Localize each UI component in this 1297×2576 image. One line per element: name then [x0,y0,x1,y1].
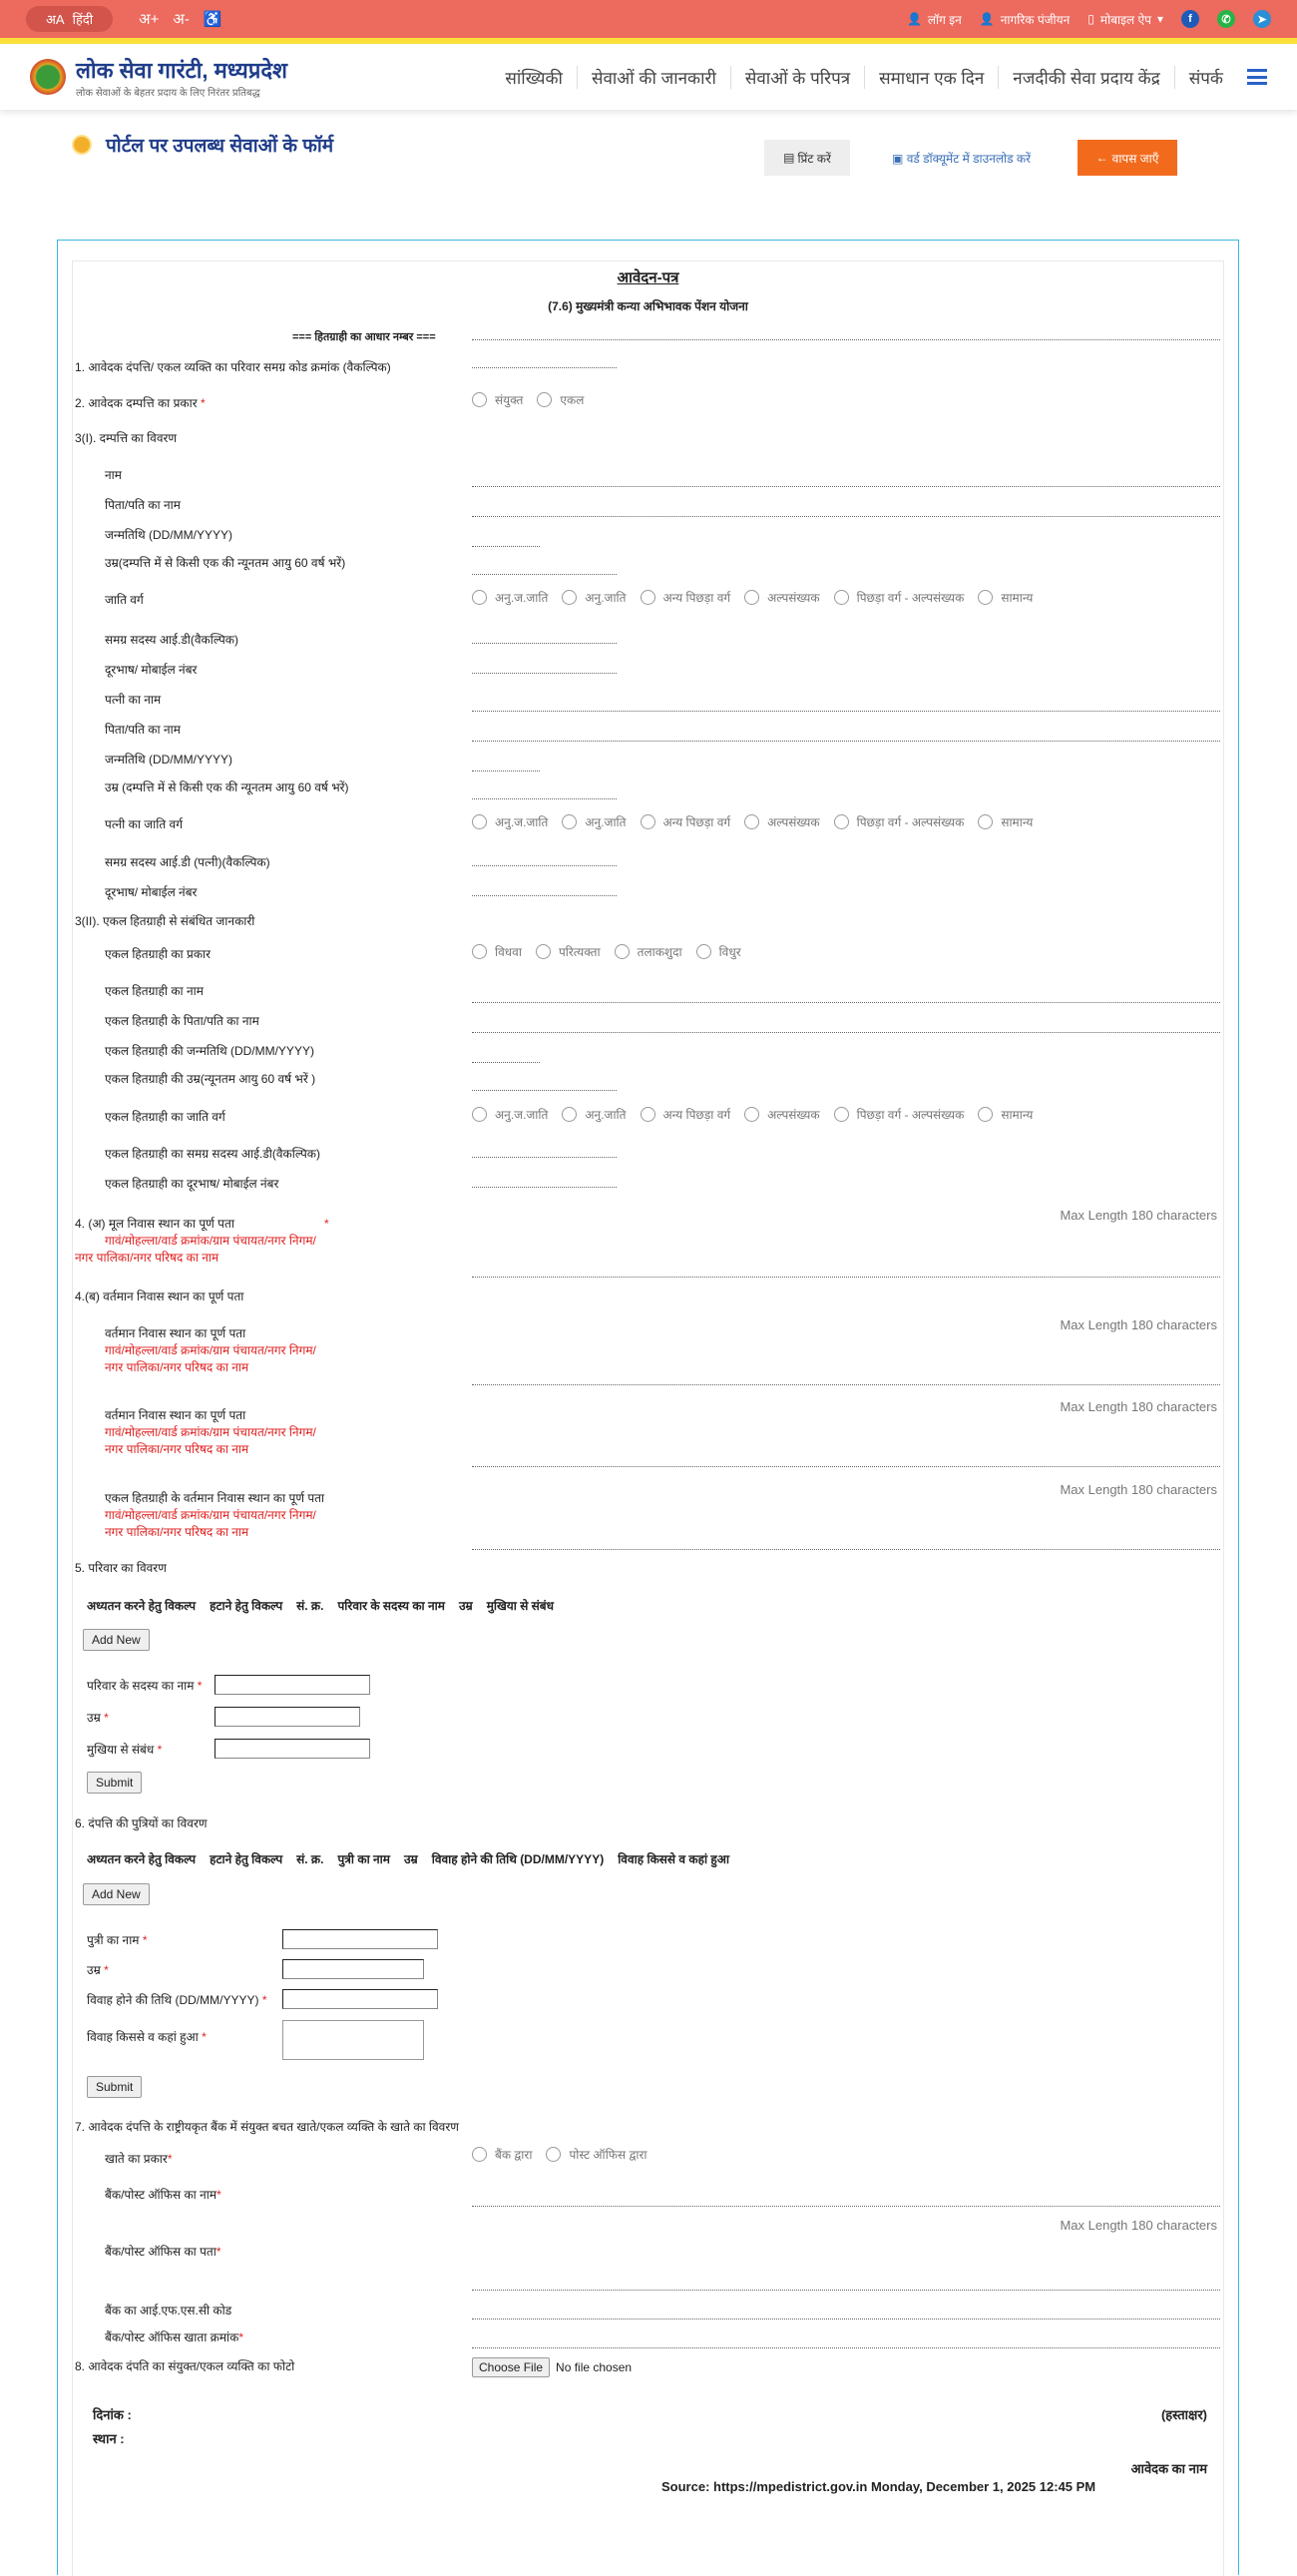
label-text: बैंक/पोस्ट ऑफिस का नाम [105,2188,216,2202]
option-label: तलाकशुदा [638,943,682,960]
daughter-name-input[interactable] [282,1929,438,1949]
wife-father-input[interactable] [472,741,1220,742]
husband-age-label: उम्र(दम्पत्ति में से किसी एक की न्यूनतम … [105,554,345,571]
q2-label: 2. आवेदक दम्पत्ति का प्रकार * [75,394,206,411]
option-label: अल्पसंख्यक [767,1106,819,1123]
q2-text: 2. आवेदक दम्पत्ति का प्रकार [75,396,198,410]
single-type-radio[interactable] [536,944,551,959]
wife-dob-input[interactable] [472,771,540,772]
wife-caste-radio-group[interactable]: अनु.ज.जातिअनु.जातिअन्य पिछड़ा वर्गअल्पसं… [472,813,1033,830]
aadhaar-label: === हितग्राही का आधार नम्बर === [292,329,436,344]
caste-radio[interactable] [834,814,849,829]
login-link[interactable]: 👤लॉग इन [907,11,962,28]
option-label: संयुक्त [495,391,523,408]
daughter-submit-button[interactable]: Submit [87,2076,142,2098]
option-label: अनु.जाति [585,813,626,830]
bank-name-input[interactable] [472,2206,1220,2207]
brand-title: लोक सेवा गारंटी, मध्यप्रदेश [76,55,287,85]
daughter-age-input[interactable] [282,1959,424,1979]
option-label: पिछड़ा वर्ग - अल्पसंख्यक [857,589,965,606]
wife-phone-label: दूरभाष/ मोबाईल नंबर [105,883,197,900]
column-header: उम्र [404,1850,418,1867]
login-label: लॉग इन [928,11,962,28]
form-subtitle: (7.6) मुख्यमंत्री कन्या अभिभावक पेंशन यो… [73,297,1223,314]
q1-label: 1. आवेदक दंपत्ति/ एकल व्यक्ति का परिवार … [75,358,391,375]
column-header: सं. क्र. [296,1850,323,1867]
max-length-hint: Max Length 180 characters [1060,1399,1217,1414]
address-hint: गावं/मोहल्ला/वार्ड क्रमांक/ग्राम पंचायत/… [105,1232,316,1249]
form-container: आवेदन-पत्र (7.6) मुख्यमंत्री कन्या अभिभा… [57,240,1239,2555]
column-header: हटाने हेतु विकल्प [210,1850,282,1867]
language-label: हिंदी [73,10,94,28]
required-mark: * [104,1963,109,1977]
option-label: सामान्य [1001,589,1033,606]
user-plus-icon: 👤 [907,12,922,26]
language-toggle[interactable]: अA हिंदी [26,6,113,32]
husband-phone-input[interactable] [472,673,617,674]
option-label: अनु.जाति [585,589,626,606]
daughter-add-new-button[interactable]: Add New [83,1883,150,1905]
page-title: पोर्टल पर उपलब्ध सेवाओं के फॉर्म [106,132,333,158]
nav-contact[interactable]: संपर्क [1175,66,1237,89]
husband-father-input[interactable] [472,516,1220,517]
husband-samagra-input[interactable] [472,643,617,644]
single-name-input[interactable] [472,1002,1220,1003]
brand[interactable]: लोक सेवा गारंटी, मध्यप्रदेश लोक सेवाओं क… [76,55,287,99]
husband-dob-label: जन्मतिथि (DD/MM/YYYY) [105,526,232,543]
label-text: विवाह किससे व कहां हुआ [87,2030,199,2044]
form-sheet: आवेदन-पत्र (7.6) मुख्यमंत्री कन्या अभिभा… [72,260,1224,2555]
required-mark: * [201,396,206,410]
user-circle-icon [72,135,92,155]
required-mark: * [198,1679,203,1693]
caste-radio[interactable] [562,1107,577,1122]
mobile-icon: ▯ [1087,12,1094,26]
q7-label: 7. आवेदक दंपत्ति के राष्ट्रीयकृत बैंक मे… [75,2118,459,2135]
wife-caste-label: पत्नी का जाति वर्ग [105,815,183,832]
main-nav: सांख्यिकी सेवाओं की जानकारी सेवाओं के पर… [491,66,1267,89]
mobile-app-label: मोबाइल ऐप [1100,11,1151,28]
husband-name-label: नाम [105,466,122,483]
print-label: प्रिंट करें [797,150,830,167]
nav-statistics[interactable]: सांख्यिकी [491,66,578,89]
nav-nearest-center[interactable]: नजदीकी सेवा प्रदाय केंद्र [999,66,1175,89]
address-hint: नगर पालिका/नगर परिषद का नाम [105,1523,248,1540]
bank-address-label: बैंक/पोस्ट ऑफिस का पता* [105,2243,221,2260]
column-header: सं. क्र. [296,1597,323,1614]
print-button[interactable]: ▤प्रिंट करें [764,140,850,176]
husband-name-input[interactable] [472,486,1220,487]
column-header: मुखिया से संबंध [487,1597,554,1614]
label-text: उम्र [87,1963,101,1977]
caste-radio[interactable] [562,590,577,605]
address-hint: नगर पालिका/नगर परिषद का नाम [105,1440,248,1457]
caste-radio[interactable] [834,590,849,605]
telegram-icon[interactable]: ➤ [1253,10,1271,28]
single-samagra-input[interactable] [472,1157,617,1158]
single-phone-input[interactable] [472,1187,617,1188]
account-type-radio-group[interactable]: बैंक द्वारा पोस्ट ऑफिस द्वारा [472,2146,648,2163]
caste-radio[interactable] [472,814,487,829]
mobile-app-dropdown[interactable]: ▯मोबाइल ऐप▾ [1087,11,1163,28]
marriage-date-label: विवाह होने की तिथि (DD/MM/YYYY) * [87,1991,266,2008]
photo-file-input[interactable]: Choose File No file chosen [472,2357,632,2377]
applicant-name-label: आवेदक का नाम [1131,2459,1207,2477]
column-header: अध्यतन करने हेतु विकल्प [87,1597,196,1614]
caste-radio[interactable] [472,1107,487,1122]
caste-radio[interactable] [641,814,655,829]
radio-post-office[interactable] [546,2147,561,2162]
option-label: अन्य पिछड़ा वर्ग [663,589,731,606]
label-text: मुखिया से संबंध [87,1743,154,1757]
current-address-label: वर्तमान निवास स्थान का पूर्ण पता [105,1324,245,1341]
daughter-age-label: उम्र * [87,1961,109,1978]
family-age-input[interactable] [215,1707,360,1727]
required-mark: * [143,1933,148,1947]
font-increase-button[interactable]: अ+ [139,9,159,29]
single-type-radio[interactable] [615,944,630,959]
option-label: अल्पसंख्यक [767,589,819,606]
marriage-where-label: विवाह किससे व कहां हुआ * [87,2028,207,2045]
wife-samagra-label: समग्र सदस्य आई.डी (पत्नी)(वैकल्पिक) [105,853,270,870]
marriage-date-input[interactable] [282,1989,438,2009]
current-address-textarea-2[interactable] [472,1466,1220,1467]
single-caste-radio-group[interactable]: अनु.ज.जातिअनु.जातिअन्य पिछड़ा वर्गअल्पसं… [472,1106,1033,1123]
label-text: विवाह होने की तिथि (DD/MM/YYYY) [87,1993,258,2007]
single-caste-label: एकल हितग्राही का जाति वर्ग [105,1108,225,1125]
user-icon: 👤 [980,12,995,26]
required-mark: * [168,2152,173,2166]
single-phone-label: एकल हितग्राही का दूरभाष/ मोबाईल नंबर [105,1175,278,1192]
family-member-name-input[interactable] [215,1675,370,1695]
label-text: उम्र [87,1711,101,1725]
wife-dob-label: जन्मतिथि (DD/MM/YYYY) [105,751,232,768]
max-length-hint: Max Length 180 characters [1060,1317,1217,1332]
marriage-where-textarea[interactable] [282,2020,424,2060]
column-header: अध्यतन करने हेतु विकल्प [87,1850,196,1867]
signature-label: (हस्ताक्षर) [1161,2405,1207,2423]
site-header: लोक सेवा गारंटी, मध्यप्रदेश लोक सेवाओं क… [0,44,1297,110]
date-label: दिनांक : [93,2405,132,2423]
q8-label: 8. आवेदक दंपति का संयुक्त/एकल व्यक्ति का… [75,2357,294,2374]
whatsapp-icon[interactable]: ✆ [1217,10,1235,28]
option-label: अनु.जाति [585,1106,626,1123]
option-label: विधुर [719,943,741,960]
q4a-text: 4. (अ) मूल निवास स्थान का पूर्ण पता [75,1217,234,1231]
family-age-label: उम्र * [87,1709,109,1726]
caste-radio[interactable] [641,590,655,605]
radio-single[interactable] [537,392,552,407]
option-label: अनु.ज.जाति [495,589,548,606]
max-length-hint: Max Length 180 characters [1060,2218,1217,2233]
single-current-address-textarea[interactable] [472,1549,1220,1550]
menu-icon[interactable] [1247,69,1267,85]
bank-address-textarea[interactable] [472,2290,1220,2291]
address-hint: गावं/मोहल्ला/वार्ड क्रमांक/ग्राम पंचायत/… [105,1341,316,1358]
file-status: No file chosen [556,2360,632,2374]
source-footer: Source: https://mpedistrict.gov.in Monda… [661,2479,1095,2494]
q4b-label: 4.(ब) वर्तमान निवास स्थान का पूर्ण पता [75,1288,243,1304]
q3ii-label: 3(II). एकल हितग्राही से संबंधित जानकारी [75,912,254,929]
daughter-table-header: अध्यतन करने हेतु विकल्पहटाने हेतु विकल्प… [87,1850,729,1867]
pdf-icon: ▤ [783,151,794,165]
wife-samagra-input[interactable] [472,865,617,866]
q5-label: 5. परिवार का विवरण [75,1559,167,1576]
caste-radio[interactable] [978,590,993,605]
current-address-label-2: वर्तमान निवास स्थान का पूर्ण पता [105,1406,245,1423]
option-label: पिछड़ा वर्ग - अल्पसंख्यक [857,813,965,830]
accessibility-icon[interactable]: ♿ [204,10,222,28]
caste-radio[interactable] [472,590,487,605]
citizen-registration-label: नागरिक पंजीयन [1001,11,1071,28]
account-no-label: बैंक/पोस्ट ऑफिस खाता क्रमांक* [105,2328,243,2345]
citizen-registration-link[interactable]: 👤नागरिक पंजीयन [980,11,1071,28]
required-mark: * [238,2330,243,2344]
husband-father-label: पिता/पति का नाम [105,496,181,513]
top-utility-bar: अA हिंदी अ+ अ- ♿ 👤लॉग इन 👤नागरिक पंजीयन … [0,0,1297,38]
native-address-textarea[interactable] [472,1277,1220,1278]
required-mark: * [216,2188,221,2202]
single-age-input[interactable] [472,1090,617,1091]
column-header: पुत्री का नाम [337,1850,389,1867]
column-header: परिवार के सदस्य का नाम [337,1597,444,1614]
address-hint: नगर पालिका/नगर परिषद का नाम [75,1249,218,1266]
caste-radio[interactable] [744,590,759,605]
option-label: अन्य पिछड़ा वर्ग [663,1106,731,1123]
radio-bank[interactable] [472,2147,487,2162]
word-icon: ▣ [892,152,903,166]
option-label: अनु.ज.जाति [495,1106,548,1123]
option-label: सामान्य [1001,813,1033,830]
account-type-label: खाते का प्रकार* [105,2150,173,2167]
single-father-label: एकल हितग्राही के पिता/पति का नाम [105,1012,259,1029]
caste-radio[interactable] [978,1107,993,1122]
samagra-family-id-input[interactable] [472,367,617,368]
arrow-left-icon: ← [1096,151,1108,165]
family-member-name-label: परिवार के सदस्य का नाम * [87,1677,202,1694]
single-name-label: एकल हितग्राही का नाम [105,982,204,999]
column-header: हटाने हेतु विकल्प [210,1597,282,1614]
current-address-textarea[interactable] [472,1384,1220,1385]
husband-caste-radio-group[interactable]: अनु.ज.जातिअनु.जातिअन्य पिछड़ा वर्गअल्पसं… [472,589,1033,606]
form-title: आवेदन-पत्र [73,267,1223,287]
caste-radio[interactable] [978,814,993,829]
wife-name-label: पत्नी का नाम [105,691,161,708]
husband-samagra-label: समग्र सदस्य आई.डी(वैकल्पिक) [105,631,238,648]
caste-radio[interactable] [744,1107,759,1122]
required-mark: * [104,1711,109,1725]
label-text: बैंक/पोस्ट ऑफिस का पता [105,2245,216,2259]
option-label: पोस्ट ऑफिस द्वारा [569,2146,647,2163]
aadhaar-input[interactable] [472,339,1220,340]
bank-name-label: बैंक/पोस्ट ऑफिस का नाम* [105,2186,221,2203]
radio-joint[interactable] [472,392,487,407]
caste-radio[interactable] [641,1107,655,1122]
single-samagra-label: एकल हितग्राही का समग्र सदस्य आई.डी(वैकल्… [105,1145,320,1162]
back-label: वापस जाएँ [1112,150,1159,167]
max-length-hint: Max Length 180 characters [1060,1482,1217,1497]
couple-type-radio-group[interactable]: संयुक्त एकल [472,391,584,408]
page-title-text: पोर्टल पर उपलब्ध सेवाओं के फॉर्म [106,132,333,158]
column-header: उम्र [459,1597,473,1614]
option-label: अल्पसंख्यक [767,813,819,830]
single-father-input[interactable] [472,1032,1220,1033]
address-hint: नगर पालिका/नगर परिषद का नाम [105,1358,248,1375]
single-type-radio[interactable] [696,944,711,959]
option-label: अन्य पिछड़ा वर्ग [663,813,731,830]
wife-name-input[interactable] [472,711,1220,712]
caste-radio[interactable] [744,814,759,829]
option-label: एकल [560,391,584,408]
wife-age-input[interactable] [472,798,617,799]
required-mark: * [324,1217,329,1231]
column-header: विवाह होने की तिथि (DD/MM/YYYY) [432,1850,604,1867]
single-type-radio-group[interactable]: विधवापरित्यक्तातलाकशुदाविधुर [472,943,741,960]
place-label: स्थान : [93,2429,125,2447]
husband-caste-label: जाति वर्ग [105,591,144,608]
wife-phone-input[interactable] [472,895,617,896]
max-length-hint: Max Length 180 characters [1060,1208,1217,1223]
option-label: बैंक द्वारा [495,2146,532,2163]
single-dob-label: एकल हितग्राही की जन्मतिथि (DD/MM/YYYY) [105,1042,314,1059]
option-label: पिछड़ा वर्ग - अल्पसंख्यक [857,1106,965,1123]
back-button[interactable]: ←वापस जाएँ [1078,140,1177,176]
husband-phone-label: दूरभाष/ मोबाईल नंबर [105,661,197,678]
account-no-input[interactable] [472,2347,1220,2348]
address-hint: गावं/मोहल्ला/वार्ड क्रमांक/ग्राम पंचायत/… [105,1506,316,1523]
label-text: पुत्री का नाम [87,1933,139,1947]
single-type-radio[interactable] [472,944,487,959]
translate-icon: अA [46,10,65,28]
q3i-label: 3(I). दम्पत्ति का विवरण [75,429,177,446]
mp-emblem-logo[interactable] [30,59,66,95]
family-relation-input[interactable] [215,1739,370,1759]
single-current-address-label: एकल हितग्राही के वर्तमान निवास स्थान का … [105,1489,324,1506]
column-header: विवाह किससे व कहां हुआ [618,1850,729,1867]
caste-radio[interactable] [562,814,577,829]
option-label: विधवा [495,943,522,960]
single-type-label: एकल हितग्राही का प्रकार [105,945,211,962]
family-relation-label: मुखिया से संबंध * [87,1741,162,1758]
caret-down-icon: ▾ [1157,12,1163,26]
word-download-label: वर्ड डॉक्यूमेंट में डाउनलोड करें [907,152,1031,166]
font-decrease-button[interactable]: अ- [173,9,189,29]
required-mark: * [216,2245,221,2259]
q6-label: 6. दंपत्ति की पुत्रियों का विवरण [75,1814,208,1831]
single-age-label: एकल हितग्राही की उम्र(न्यूनतम आयु 60 वर्… [105,1070,315,1087]
option-label: अनु.ज.जाति [495,813,548,830]
label-text: परिवार के सदस्य का नाम [87,1679,194,1693]
ifsc-input[interactable] [472,2318,1220,2319]
label-text: खाते का प्रकार [105,2152,168,2166]
choose-file-button[interactable]: Choose File [472,2357,550,2377]
required-mark: * [202,2030,207,2044]
single-dob-input[interactable] [472,1062,540,1063]
q4a-label: 4. (अ) मूल निवास स्थान का पूर्ण पता* [75,1215,329,1232]
daughter-name-label: पुत्री का नाम * [87,1931,148,1948]
nav-samadhan-ek-din[interactable]: समाधान एक दिन [865,66,999,89]
label-text: बैंक/पोस्ट ऑफिस खाता क्रमांक [105,2330,238,2344]
address-hint: गावं/मोहल्ला/वार्ड क्रमांक/ग्राम पंचायत/… [105,1423,316,1440]
option-label: सामान्य [1001,1106,1033,1123]
required-mark: * [262,1993,267,2007]
required-mark: * [158,1743,163,1757]
word-download-link[interactable]: ▣ वर्ड डॉक्यूमेंट में डाउनलोड करें [892,150,1031,167]
ifsc-label: बैंक का आई.एफ.एस.सी कोड [105,2302,231,2318]
husband-dob-input[interactable] [472,546,540,547]
nav-service-info[interactable]: सेवाओं की जानकारी [578,66,731,89]
brand-subtitle: लोक सेवाओं के बेहतर प्रदाय के लिए निरंतर… [76,85,287,99]
option-label: परित्यक्ता [559,943,601,960]
nav-service-circulars[interactable]: सेवाओं के परिपत्र [731,66,865,89]
wife-father-label: पिता/पति का नाम [105,721,181,738]
husband-age-input[interactable] [472,574,617,575]
family-add-new-button[interactable]: Add New [83,1629,150,1651]
family-submit-button[interactable]: Submit [87,1772,142,1794]
caste-radio[interactable] [834,1107,849,1122]
facebook-icon[interactable]: f [1181,10,1199,28]
wife-age-label: उम्र (दम्पत्ति में से किसी एक की न्यूनतम… [105,778,349,795]
family-table-header: अध्यतन करने हेतु विकल्पहटाने हेतु विकल्प… [87,1597,554,1614]
